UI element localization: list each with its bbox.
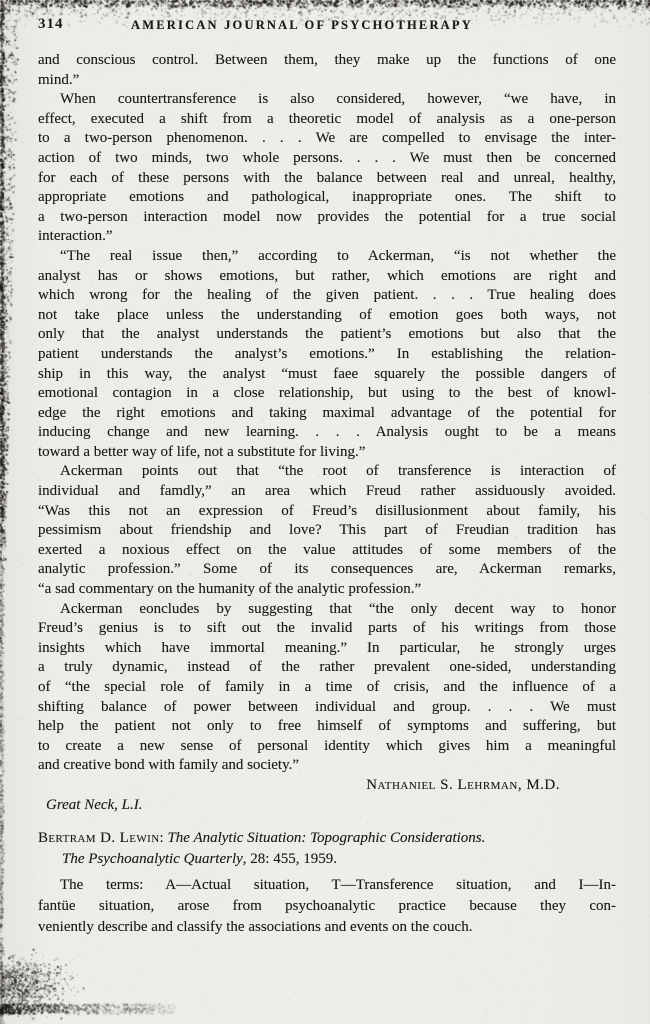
paragraph-line: interaction.”	[38, 227, 616, 247]
paragraph-line: mind.”	[38, 71, 616, 91]
author-location: Great Neck, L.I.	[38, 796, 616, 816]
reference-citation: , 28: 455, 1959.	[243, 851, 337, 867]
paragraph-line: When countertransference is also conside…	[38, 90, 616, 110]
paragraph-line: action of two minds, two whole persons. …	[38, 149, 616, 169]
reference-title: The Analytic Situation: Topographic Cons…	[167, 830, 485, 846]
reference-journal: The Psychoanalytic Quarterly	[62, 851, 243, 867]
paragraph-line: help the patient not only to free himsel…	[38, 717, 616, 737]
paragraph-line: to a two-person phenomenon. . . . We are…	[38, 129, 616, 149]
paragraph-line: insights which have immortal meaning.” I…	[38, 639, 616, 659]
paragraph: When countertransference is also conside…	[38, 90, 616, 247]
paragraph-line: fantüe situation, arose from psychoanaly…	[38, 896, 616, 917]
paragraph-line: analytic profession.” Some of its conseq…	[38, 560, 616, 580]
reference-author: Bertram D. Lewin	[38, 830, 160, 846]
paragraph-line: which wrong for the healing of the given…	[38, 286, 616, 306]
paragraph-line: “The real issue then,” according to Acke…	[38, 247, 616, 267]
paragraph-line: to create a new sense of personal identi…	[38, 737, 616, 757]
paragraph-line: analyst has or shows emotions, but rathe…	[38, 267, 616, 287]
reference-entry: Bertram D. Lewin: The Analytic Situation…	[38, 828, 616, 869]
paragraph: Ackerman points out that “the root of tr…	[38, 462, 616, 599]
paragraph-line: shifting balance of power between indivi…	[38, 698, 616, 718]
paragraph-line: only that the analyst understands the pa…	[38, 325, 616, 345]
paragraph-line: The terms: A—Actual situation, T—Transfe…	[38, 875, 616, 896]
paragraph-line: edge the right emotions and taking maxim…	[38, 404, 616, 424]
paragraph: The terms: A—Actual situation, T—Transfe…	[38, 875, 616, 937]
paragraph-line: emotional contagion in a close relations…	[38, 384, 616, 404]
reference-line-2: The Psychoanalytic Quarterly, 28: 455, 1…	[38, 849, 616, 870]
journal-title: AMERICAN JOURNAL OF PSYCHOTHERAPY	[38, 18, 566, 33]
body-paragraphs: and conscious control. Between them, the…	[38, 51, 616, 776]
paragraph-line: and conscious control. Between them, the…	[38, 51, 616, 71]
paragraph-line: not take place unless the understanding …	[38, 306, 616, 326]
journal-page: 314 AMERICAN JOURNAL OF PSYCHOTHERAPY an…	[0, 0, 650, 1024]
paragraph-line: and creative bond with family and societ…	[38, 756, 616, 776]
paragraph-line: individual and famdly,” an area which Fr…	[38, 482, 616, 502]
paragraph-line: Ackerman eoncludes by suggesting that “t…	[38, 600, 616, 620]
paragraph-line: for each of these persons with the balan…	[38, 169, 616, 189]
paragraph: Ackerman eoncludes by suggesting that “t…	[38, 600, 616, 776]
paragraph-line: pessimism about friendship and love? Thi…	[38, 521, 616, 541]
paragraph-line: ship in this way, the analyst “must faee…	[38, 365, 616, 385]
paragraph-line: of “the special role of family in a time…	[38, 678, 616, 698]
paragraph-line: Ackerman points out that “the root of tr…	[38, 462, 616, 482]
author-signature: Nathaniel S. Lehrman, M.D.	[38, 776, 616, 796]
paragraph-line: a truly dynamic, instead of the rather p…	[38, 658, 616, 678]
paragraph-line: Freud’s genius is to sift out the invali…	[38, 619, 616, 639]
paragraph: and conscious control. Between them, the…	[38, 51, 616, 90]
paragraph-line: “Was this not an expression of Freud’s d…	[38, 502, 616, 522]
paragraph-line: veniently describe and classify the asso…	[38, 917, 616, 938]
paragraph-line: appropriate emotions and pathological, i…	[38, 188, 616, 208]
reference-line-1: Bertram D. Lewin: The Analytic Situation…	[38, 828, 616, 849]
paragraph-line: patient understands the analyst’s emotio…	[38, 345, 616, 365]
page-content: and conscious control. Between them, the…	[38, 51, 616, 937]
paragraph-line: a two-person interaction model now provi…	[38, 208, 616, 228]
paragraph: “The real issue then,” according to Acke…	[38, 247, 616, 463]
paragraph-line: exerted a noxious effect on the value at…	[38, 541, 616, 561]
paragraph-line: toward a better way of life, not a subst…	[38, 443, 616, 463]
paragraph-line: “a sad commentary on the humanity of the…	[38, 580, 616, 600]
paragraph-line: effect, executed a shift from a theoreti…	[38, 110, 616, 130]
closing-paragraph: The terms: A—Actual situation, T—Transfe…	[38, 875, 616, 937]
paragraph-line: inducing change and new learning. . . . …	[38, 423, 616, 443]
page-header: 314 AMERICAN JOURNAL OF PSYCHOTHERAPY	[38, 15, 616, 37]
